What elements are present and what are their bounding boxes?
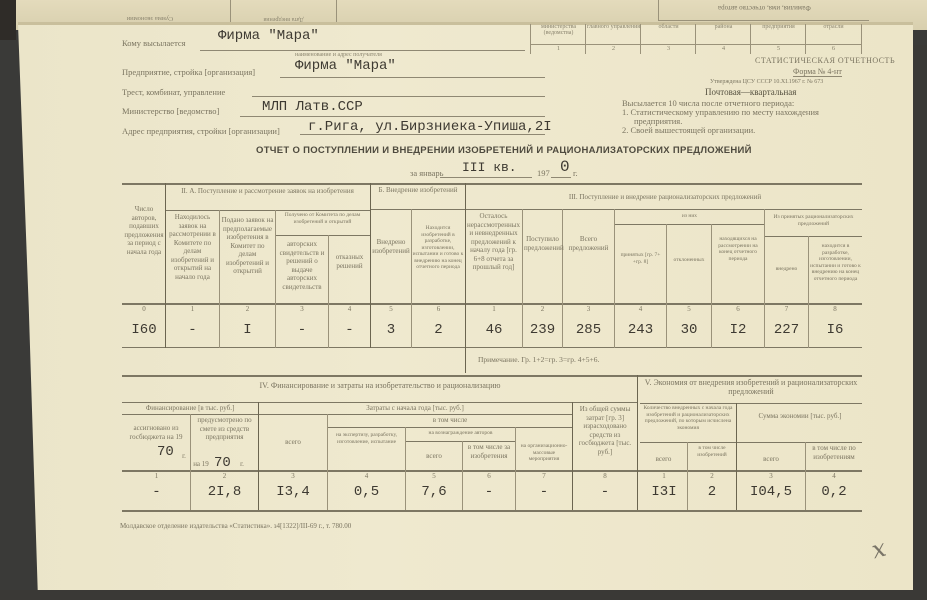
value-c3: I3,4 [259,484,327,500]
enterprise-line [280,77,545,78]
colnum: 3 [737,472,805,480]
under-sheet-label: Сумма экономии [75,0,225,22]
enterprise-value: Фирма "Мара" [295,58,396,74]
col-e4-header: в том числе по изобретениям [807,444,861,461]
col-e2-header: в том числе изобретений [689,445,735,458]
colnum: 0 [124,305,164,313]
codes-table: министерства (ведомства)1 главного управ… [530,24,860,54]
colnum: 2 [523,305,562,313]
colnum: 6 [712,305,764,313]
col-e1-header: всего [641,455,686,464]
ministry-label: Министерство [ведомство] [122,106,219,116]
year-line [551,177,571,178]
col-c7-header: на организационно-массовые мероприятия [517,443,571,463]
col-c4-header: на экспертизу, разработку, изготовление,… [329,432,404,445]
f2-prefix: на 19 [192,460,210,469]
col-r8-header: находится в разработке, изготовлении, ис… [810,243,861,282]
value-f2: 2I,8 [191,484,258,500]
code-district: района4 [695,24,751,54]
address-value: г.Рига, ул.Бирзниека-Упиша,2I [308,119,552,135]
financing-header: Финансирование [в тыс. руб.] [123,404,257,413]
value-b5: 3 [371,322,411,338]
section-v-header: V. Экономия от внедрения изобретений и р… [642,378,860,396]
binder-edge [0,0,16,40]
code-main-dept: главного управления2 [585,24,641,54]
trust-label: Трест, комбинат, управление [122,87,225,97]
colnum: 2 [191,472,258,480]
colnum: 5 [406,472,462,480]
send-item-2: 2. Своей вышестоящей организации. [622,125,755,135]
value-a4: - [329,322,370,338]
colnum: 7 [765,305,808,313]
col-r4-header: принятых [гр. 7+ +гр. 8] [616,252,665,265]
period-prefix: за январь [410,168,444,178]
value-e3: I04,5 [737,484,805,500]
table1-note: Примечание. Гр. 1+2=гр. 3=гр. 4+5+6. [478,355,599,364]
value-e1: I3I [641,484,687,500]
value-e2: 2 [688,484,736,500]
value-r7: 227 [765,322,808,338]
of-them-header: из них [616,213,763,220]
value-a2: I [220,322,275,338]
colnum: 3 [276,305,328,313]
section-iv-header: IV. Финансирование и затраты на изобрета… [130,382,630,391]
colnum: 5 [371,305,411,313]
accepted-header: Из принятых рационализаторских предложен… [766,214,861,227]
value-authors: I60 [124,322,164,338]
colnum: 1 [466,305,522,313]
colnum: 4 [328,472,405,480]
col-r3-header: Всего предложений [564,235,613,252]
colnum: 4 [615,305,666,313]
col-c8-header: Из общей суммы затрат [гр. 3] израсходов… [574,405,636,456]
colnum: 8 [809,305,861,313]
year-suffix: г. [573,168,578,178]
col-a1-header: Находилось заявок на рассмотрении в Коми… [167,213,218,281]
col-c6-header: в том числе за изобретения [464,443,514,460]
sum-header: Сумма экономии [тыс. руб.] [740,412,860,421]
col-c3-header: всего [260,438,326,447]
reward-header: на вознаграждение авторов [407,430,514,437]
value-r5: 30 [667,322,711,338]
value-r1: 46 [466,322,522,338]
value-c7: - [516,484,572,500]
col-r7-header: внедрено [766,266,807,273]
period-line [440,177,532,178]
count-header: Количество внедренных с начала года изоб… [641,405,735,431]
incl-header: в том числе [330,416,570,425]
form-number: Форма № 4-нт [793,67,842,77]
col-f2-header: предусмотрено по смете из средств предпр… [192,416,257,442]
colnum: 8 [573,472,637,480]
colnum: 4 [806,472,862,480]
value-r3: 285 [563,322,614,338]
code-enterprise: предприятия5 [750,24,806,54]
colnum: 2 [688,472,736,480]
value-c6: - [463,484,515,500]
scan-border-bottom [0,590,927,600]
value-e4: 0,2 [806,484,862,500]
postal-type: Почтовая—квартальная [705,87,796,97]
recipient-value: Фирма "Мара" [218,28,319,44]
section-iii-header: III. Поступление и внедрение рационализа… [470,193,860,202]
f2-suffix: г. [236,460,248,469]
colnum: 3 [259,472,327,480]
colnum: 6 [412,305,465,313]
col-b6-header: Находится изобретений в разработке, изго… [412,225,464,271]
colnum: 5 [667,305,711,313]
col-b5-header: Внедрено изобретений [372,238,410,255]
code-region: области3 [640,24,696,54]
colnum: 7 [516,472,572,480]
value-r8: I6 [809,322,861,338]
colnum: 1 [123,472,190,480]
enterprise-label: Предприятие, стройка [организация] [122,67,255,77]
address-label: Адрес предприятия, стройки [организации] [122,126,280,136]
value-a3: - [276,322,328,338]
col-a2-header: Подано заявок на предполагаемые изобрете… [221,216,274,276]
approval-note: Утверждена ЦСУ СССР 10.XI.1967 г. № 673 [710,79,823,85]
recipient-line [200,50,525,51]
value-r2: 239 [523,322,562,338]
colnum: 4 [329,305,370,313]
code-ministry: министерства (ведомства)1 [530,24,586,54]
colnum: 1 [641,472,687,480]
f1-year: 70 [157,444,174,460]
colnum: 2 [220,305,275,313]
section-a-header: II. А. Поступление и рассмотрение заявок… [170,187,365,196]
value-c8: - [573,484,637,500]
col-r2-header: Поступило предложений [524,235,561,252]
f1-suffix: г. [178,452,190,461]
ministry-line [240,116,545,117]
colnum: 6 [463,472,515,480]
value-r6: I2 [712,322,764,338]
year-value: 0 [560,158,570,176]
trust-line [252,96,545,97]
value-c4: 0,5 [328,484,405,500]
imprint: Молдавское отделение издательства «Стати… [120,522,351,530]
value-b6: 2 [412,322,465,338]
received-header: Получено от Комитета по делам изобретени… [276,212,369,225]
colnum: 1 [166,305,219,313]
recipient-label: Кому высылается [122,38,186,48]
costs-header: Затраты с начала года [тыс. руб.] [260,404,570,413]
col-authors-header: Число авторов, подавших предложения за п… [124,205,164,256]
col-r5-header: отклоненных [668,257,710,264]
code-industry: отрасли6 [805,24,862,54]
author-name-box: Фамилия, имя, отчество автора [658,0,869,21]
col-r6-header: находящихся на рассмотрении на конец отч… [713,236,763,262]
period-value: III кв. [462,160,517,175]
section-b-header: Б. Внедрение изобретений [372,186,464,195]
report-title: ОТЧЕТ О ПОСТУПЛЕНИИ И ВНЕДРЕНИИ ИЗОБРЕТЕ… [256,145,752,156]
value-c5: 7,6 [406,484,462,500]
value-f1: - [123,484,190,500]
col-a3-header: авторских свидетельств и решений о выдач… [277,240,327,291]
col-r1-header: Осталось нерассмотренных и невнедренных … [466,212,521,272]
value-a1: - [166,322,219,338]
colnum: 3 [563,305,614,313]
under-sheet-label-2: Дата внедрения [230,0,337,22]
year-prefix: 197 [537,168,550,178]
stat-reporting: СТАТИСТИЧЕСКАЯ ОТЧЕТНОСТЬ [755,56,895,65]
col-a4-header: отказных решений [330,253,369,270]
f2-year: 70 [214,455,231,471]
ministry-value: МЛП Латв.ССР [262,99,363,115]
value-r4: 243 [615,322,666,338]
col-f1-header: ассигновано из госбюджета на 19 [123,424,189,441]
col-e3-header: всего [738,455,804,464]
col-c5-header: всего [407,452,461,461]
